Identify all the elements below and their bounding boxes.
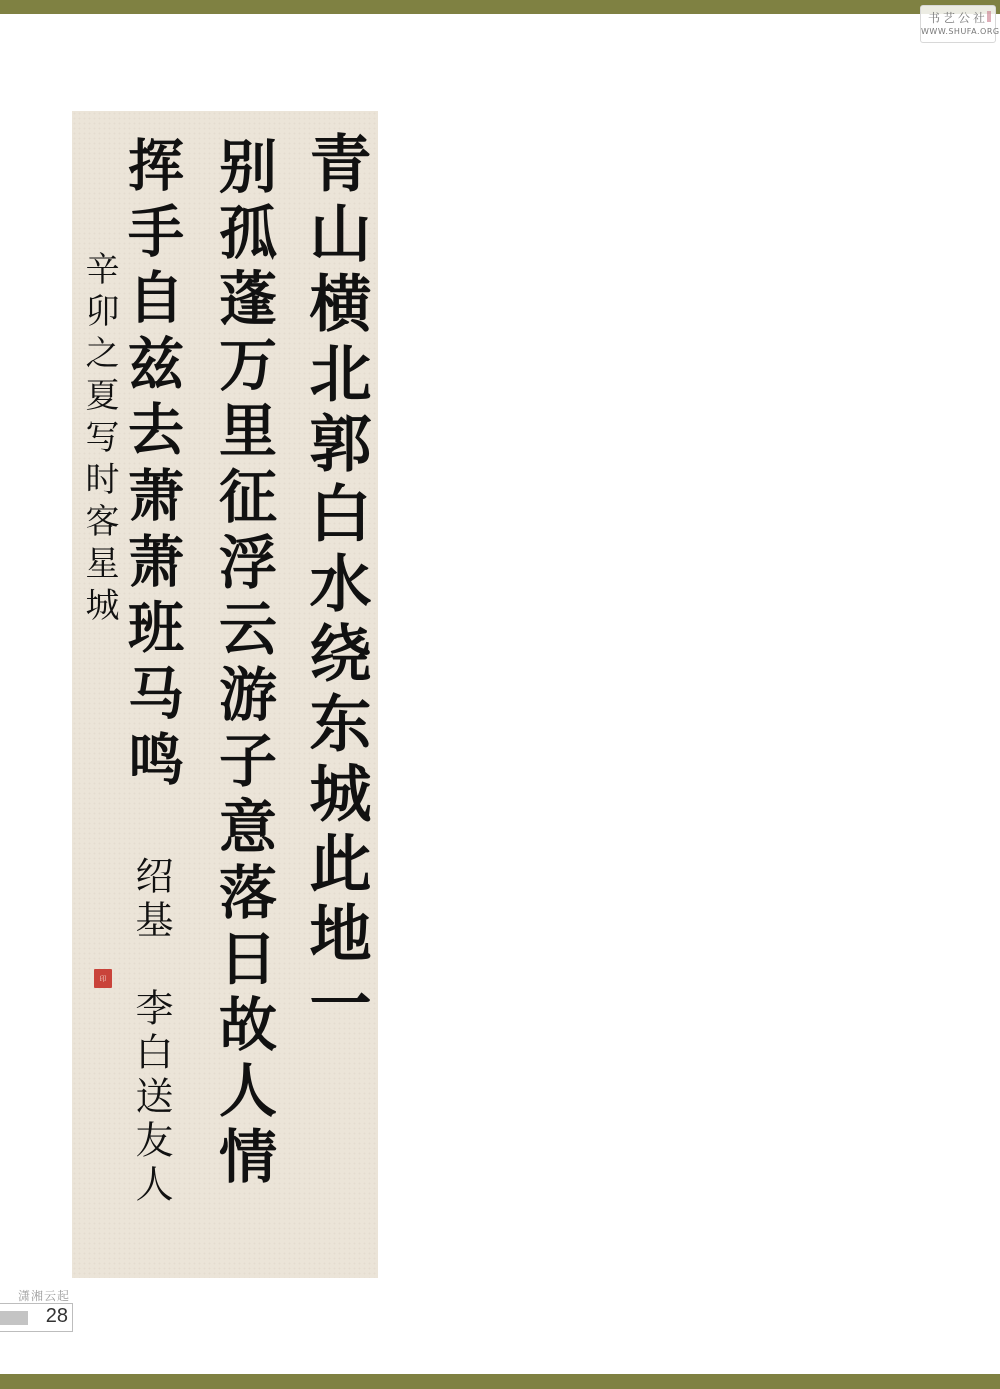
calligraphy-column-1: 青山横北郭白水绕东城此地一 <box>304 131 366 1041</box>
calligraphy-column-3: 挥手自兹去萧萧班马鸣 <box>124 136 180 796</box>
red-seal-icon: 印 <box>94 969 112 988</box>
site-watermark: 书艺公社 WWW.SHUFA.ORG <box>920 5 996 43</box>
watermark-url: WWW.SHUFA.ORG <box>921 27 995 36</box>
watermark-seal-icon <box>987 11 991 22</box>
page-number: 28 <box>46 1305 68 1328</box>
bottom-decorative-bar <box>0 1374 1000 1389</box>
calligraphy-artwork: 青山横北郭白水绕东城此地一 别孤蓬万里征浮云游子意落日故人情 挥手自兹去萧萧班马… <box>72 111 378 1278</box>
watermark-title: 书艺公社 <box>921 9 995 26</box>
calligraphy-column-2: 别孤蓬万里征浮云游子意落日故人情 <box>214 136 272 1192</box>
top-decorative-bar <box>0 0 1000 14</box>
signature-column: 绍基 李白送友人 <box>132 856 170 1208</box>
inscription-column: 辛卯之夏写时客星城 <box>82 251 116 629</box>
page-marker-bar <box>0 1311 28 1325</box>
page-number-box: 28 <box>0 1303 73 1332</box>
book-title: 潇湘云起 <box>18 1287 70 1304</box>
